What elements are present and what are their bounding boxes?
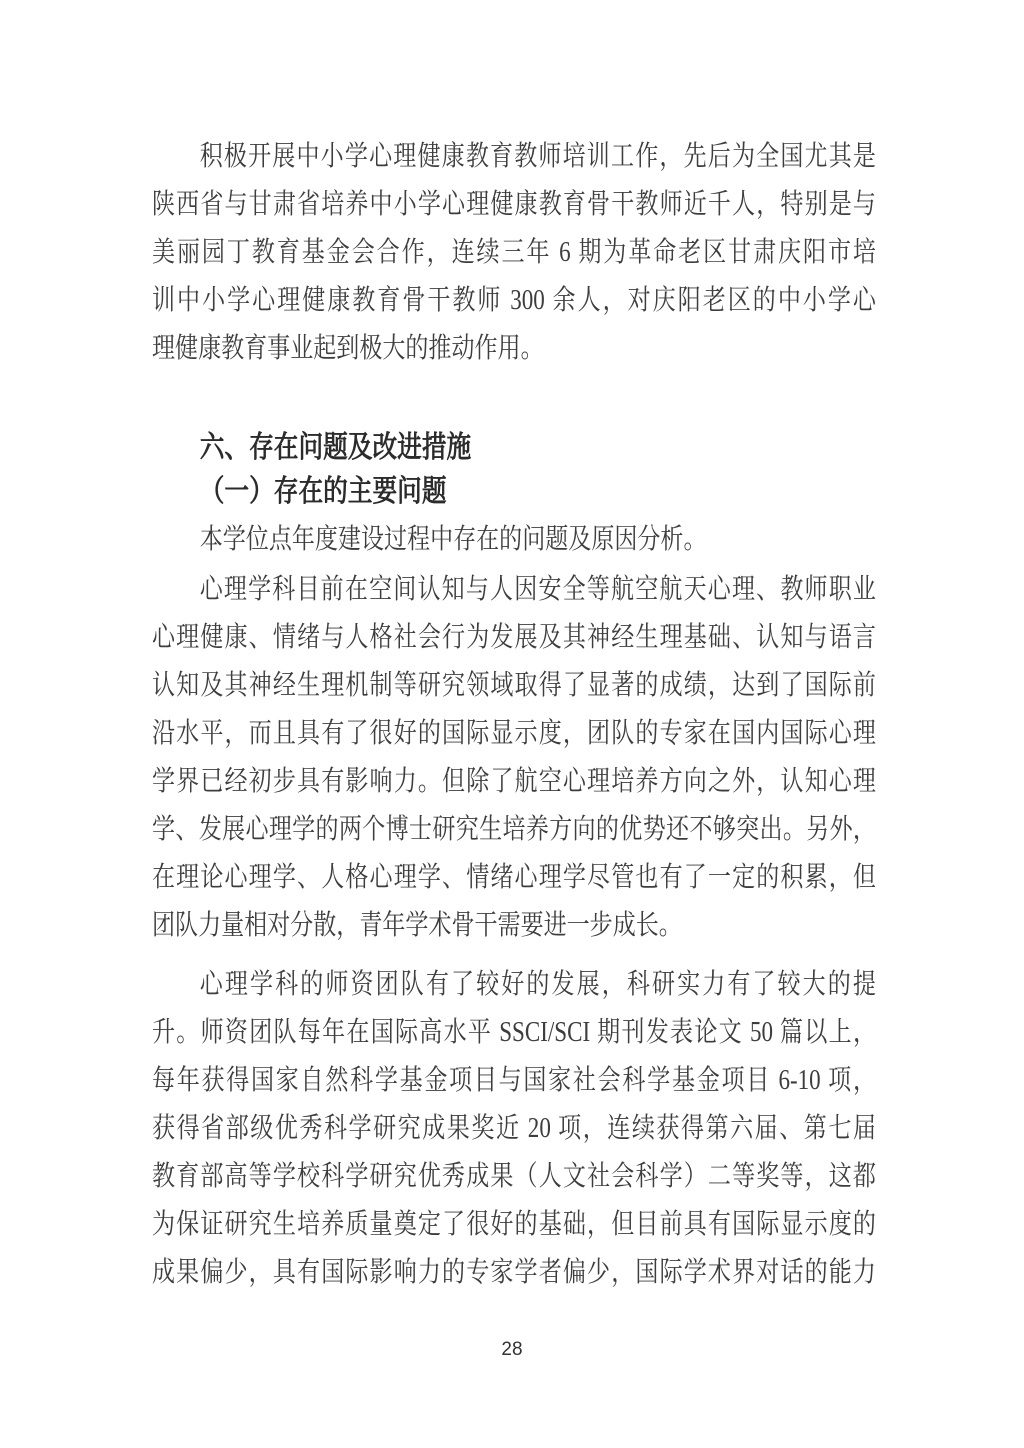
paragraph-discipline-problems: 心理学科目前在空间认知与人因安全等航空航天心理、教师职业 心理健康、情绪与人格社…: [152, 566, 876, 950]
text-line: 积极开展中小学心理健康教育教师培训工作，先后为全国尤其是: [152, 133, 876, 181]
section-heading: 六、存在问题及改进措施: [152, 424, 876, 472]
text-line: 理健康教育事业起到极大的推动作用。: [152, 325, 876, 373]
text-line: 获得省部级优秀科学研究成果奖近 20 项，连续获得第六届、第七届: [152, 1105, 876, 1153]
text-line: 教育部高等学校科学研究优秀成果（人文社会科学）二等奖等，这都: [152, 1153, 876, 1201]
text-line: 在理论心理学、人格心理学、情绪心理学尽管也有了一定的积累，但: [152, 854, 876, 902]
text-line: 学、发展心理学的两个博士研究生培养方向的优势还不够突出。另外，: [152, 806, 876, 854]
text-line: 心理学科的师资团队有了较好的发展，科研实力有了较大的提: [152, 961, 876, 1009]
text-line: 成果偏少，具有国际影响力的专家学者偏少，国际学术界对话的能力: [152, 1249, 876, 1297]
text-line: 美丽园丁教育基金会合作，连续三年 6 期为革命老区甘肃庆阳市培: [152, 229, 876, 277]
text-line: 沿水平，而且具有了很好的国际显示度，团队的专家在国内国际心理: [152, 710, 876, 758]
intro-sentence: 本学位点年度建设过程中存在的问题及原因分析。: [152, 516, 876, 564]
text-line: 心理健康、情绪与人格社会行为发展及其神经生理基础、认知与语言: [152, 614, 876, 662]
text-line: 认知及其神经生理机制等研究领域取得了显著的成绩，达到了国际前: [152, 662, 876, 710]
text-line: 心理学科目前在空间认知与人因安全等航空航天心理、教师职业: [152, 566, 876, 614]
paragraph-teacher-training: 积极开展中小学心理健康教育教师培训工作，先后为全国尤其是 陕西省与甘肃省培养中小…: [152, 133, 876, 373]
text-line: 升。师资团队每年在国际高水平 SSCI/SCI 期刊发表论文 50 篇以上，: [152, 1009, 876, 1057]
text-line: 陕西省与甘肃省培养中小学心理健康教育骨干教师近千人，特别是与: [152, 181, 876, 229]
document-page: 积极开展中小学心理健康教育教师培训工作，先后为全国尤其是 陕西省与甘肃省培养中小…: [0, 0, 1024, 1448]
subsection-heading: （一）存在的主要问题: [152, 468, 876, 516]
text-line: 为保证研究生培养质量奠定了很好的基础，但目前具有国际显示度的: [152, 1201, 876, 1249]
text-line: 训中小学心理健康教育骨干教师 300 余人，对庆阳老区的中小学心: [152, 277, 876, 325]
paragraph-faculty-team: 心理学科的师资团队有了较好的发展，科研实力有了较大的提 升。师资团队每年在国际高…: [152, 961, 876, 1297]
text-line: 每年获得国家自然科学基金项目与国家社会科学基金项目 6-10 项，: [152, 1057, 876, 1105]
text-line: 团队力量相对分散，青年学术骨干需要进一步成长。: [152, 902, 876, 950]
text-line: 学界已经初步具有影响力。但除了航空心理培养方向之外，认知心理: [152, 758, 876, 806]
page-number: 28: [0, 1338, 1024, 1362]
